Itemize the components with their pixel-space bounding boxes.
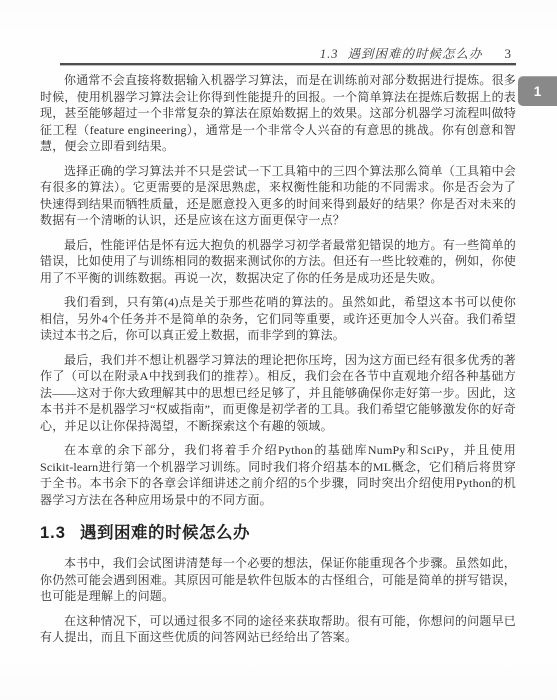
header-rule [60,63,516,66]
chapter-tab: 1 [518,76,557,106]
paragraph: 你通常不会直接将数据输入机器学习算法，而是在训练前对部分数据进行提炼。很多时候，… [40,72,516,155]
paragraph: 选择正确的学习算法并不只是尝试一下工具箱中的三四个算法那么简单（工具箱中会有很多… [40,163,516,229]
section-number: 1.3 [40,522,66,544]
running-header-section-number: 1.3 [320,47,339,62]
paragraph: 我们看到，只有第(4)点是关于那些花哨的算法的。虽然如此，希望这本书可以使你相信… [40,294,516,344]
paragraph: 最后，性能评估是怀有远大抱负的机器学习初学者最常犯错误的地方。有一些简单的错误，… [40,237,516,287]
paragraph: 在本章的余下部分，我们将着手介绍Python的基础库NumPy和SciPy，并且… [40,442,516,508]
section-heading: 1.3 遇到困难的时候怎么办 [40,522,516,544]
running-header-title: 遇到困难的时候怎么办 [347,44,482,62]
chapter-tab-label: 1 [518,84,557,99]
page-content: 你通常不会直接将数据输入机器学习算法，而是在训练前对部分数据进行提炼。很多时候，… [40,72,516,654]
section-title: 遇到困难的时候怎么办 [80,522,250,544]
page-number: 3 [505,46,513,62]
paragraph: 最后，我们并不想让机器学习算法的理论把你压垮，因为这方面已经有很多优秀的著作了（… [40,352,516,435]
book-page: 1.3 遇到困难的时候怎么办 3 1 你通常不会直接将数据输入机器学习算法，而是… [0,0,557,700]
paragraph: 本书中，我们会试图讲清楚每一个必要的想法，保证你能重现各个步骤。虽然如此，你仍然… [40,555,516,605]
paragraph: 在这种情况下，可以通过很多不同的途径来获取帮助。很有可能，你想问的问题早已有人提… [40,613,516,646]
running-header: 1.3 遇到困难的时候怎么办 3 [40,44,516,62]
